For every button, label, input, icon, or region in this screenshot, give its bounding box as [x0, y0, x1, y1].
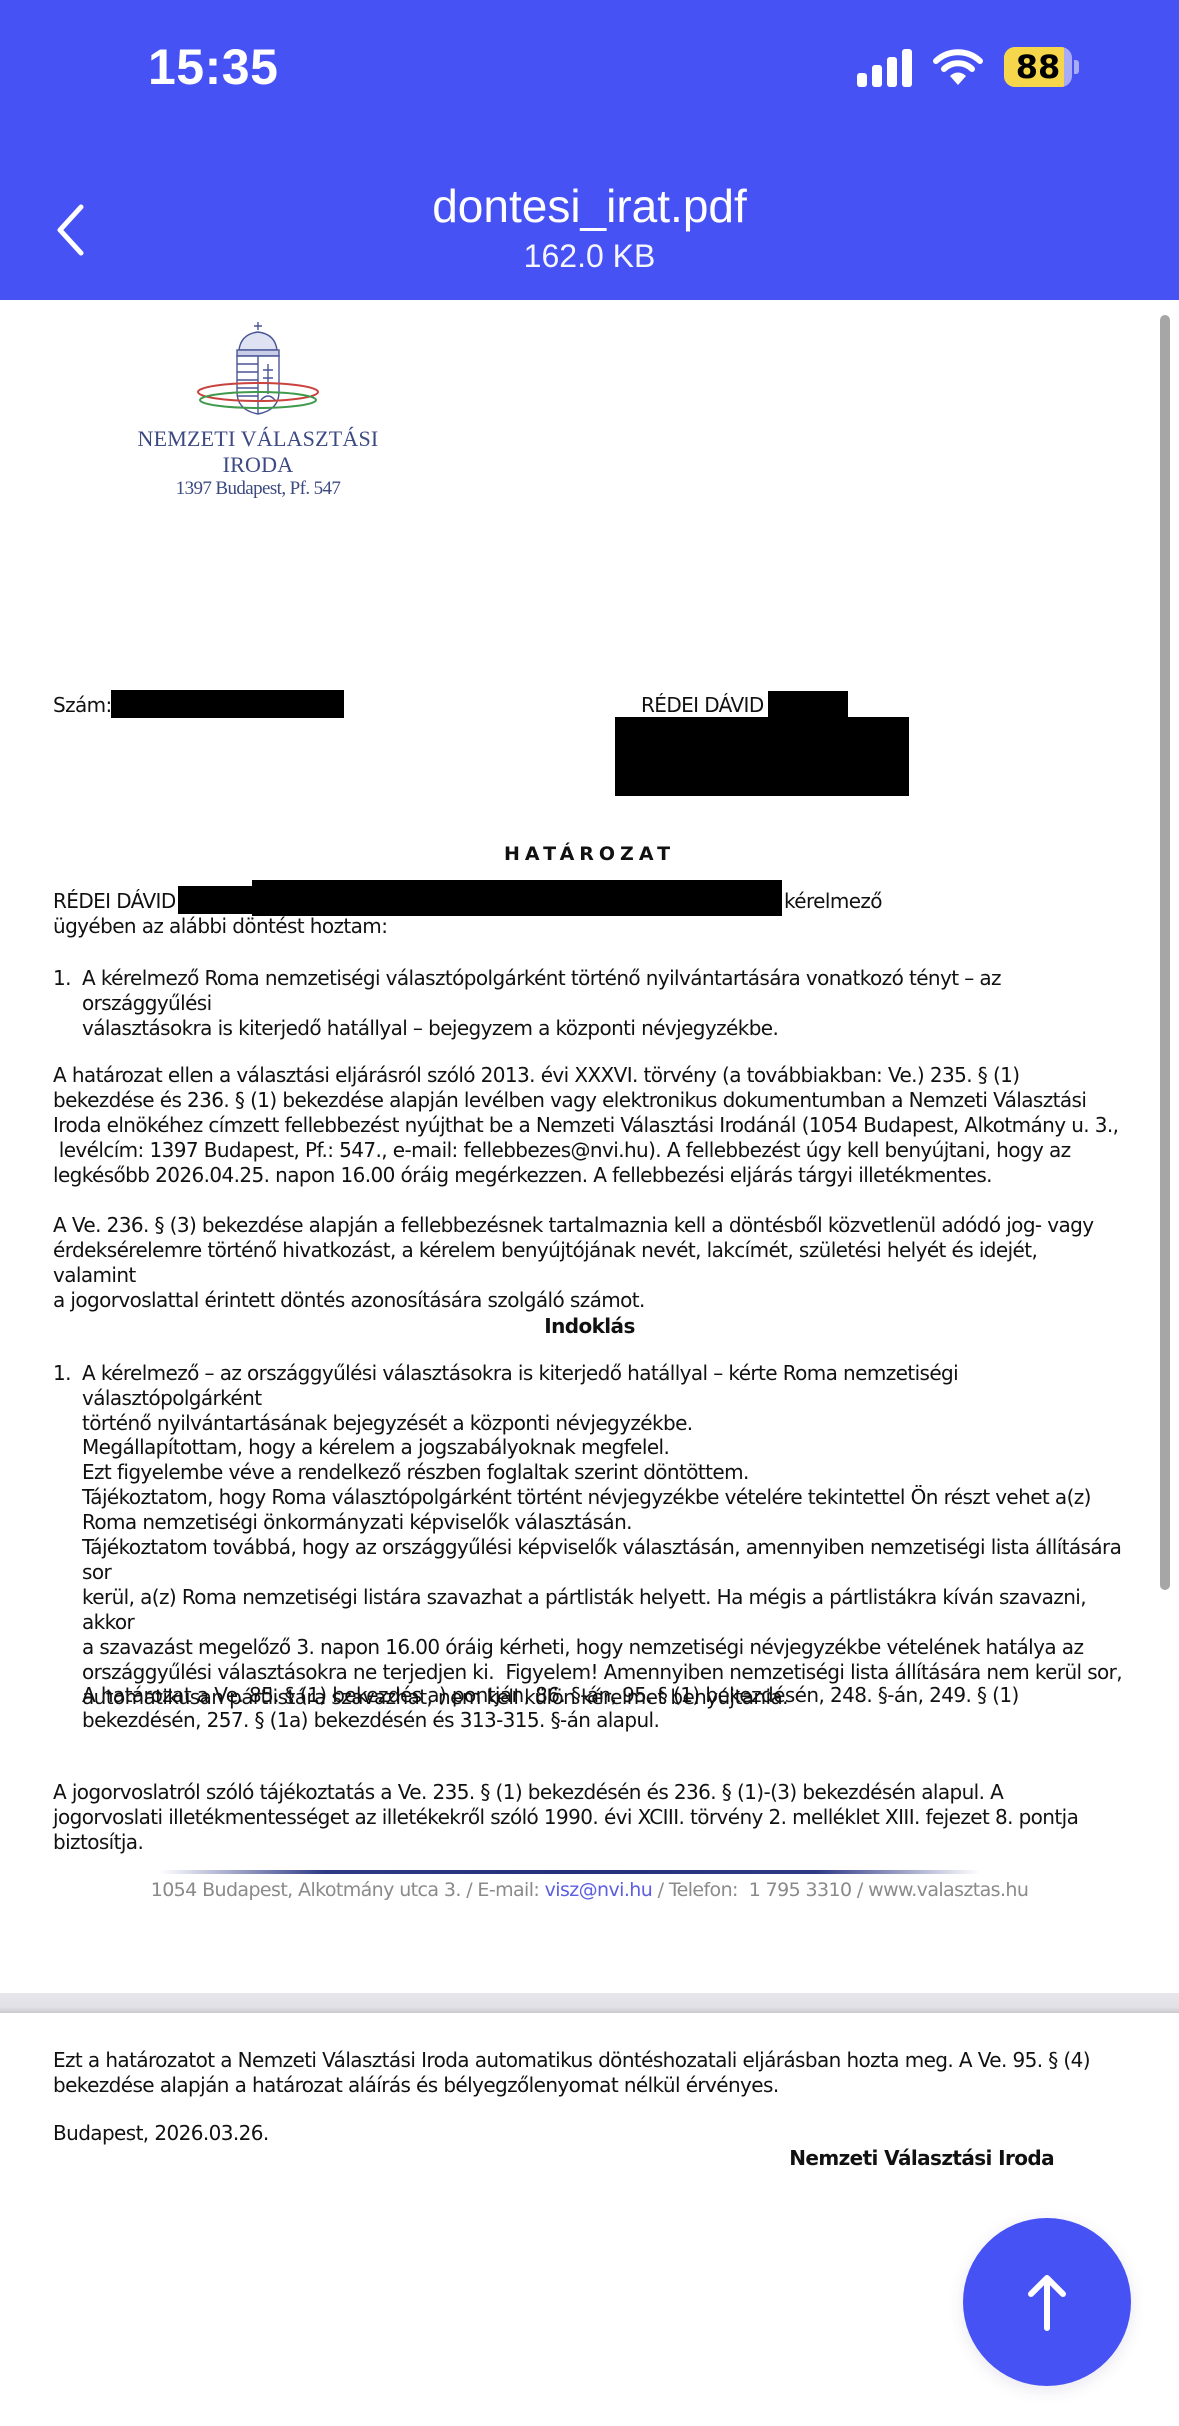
pdf-page-1: NEMZETI VÁLASZTÁSI IRODA 1397 Budapest, … — [0, 300, 1179, 1993]
arrow-up-icon — [1025, 2272, 1069, 2332]
page-separator — [0, 1993, 1179, 2013]
pdf-viewer[interactable]: NEMZETI VÁLASZTÁSI IRODA 1397 Budapest, … — [0, 300, 1179, 2426]
appeal-content-paragraph: A Ve. 236. § (3) bekezdése alapján a fel… — [53, 1213, 1123, 1313]
intro-line2: ügyében az alábbi döntést hoztam: — [53, 914, 387, 939]
battery-level: 88 — [1004, 47, 1072, 87]
legal-basis: A határozat a Ve. 85. § (1) bekezdés a) … — [82, 1683, 1122, 1733]
redacted-number — [111, 690, 344, 718]
scroll-to-top-button[interactable] — [963, 2218, 1131, 2386]
reasoning-body: Megállapítottam, hogy a kérelem a jogsza… — [82, 1435, 1122, 1710]
battery-icon: 88 — [1004, 47, 1079, 87]
decision-title: HATÁROZAT — [0, 842, 1179, 867]
intro-suffix: kérelmező — [784, 889, 882, 914]
title-block: dontesi_irat.pdf 162.0 KB — [0, 178, 1179, 276]
footer-divider — [160, 1870, 980, 1874]
cellular-signal-icon — [857, 47, 912, 87]
scrollbar[interactable] — [1160, 315, 1170, 1590]
wifi-icon — [932, 47, 984, 87]
automatic-notice: Ezt a határozatot a Nemzeti Választási I… — [53, 2048, 1123, 2098]
hungarian-coat-of-arms-icon — [193, 320, 323, 420]
recipient-name: RÉDEI DÁVID — [641, 693, 764, 718]
logo-address: 1397 Budapest, Pf. 547 — [108, 478, 408, 500]
page-footer: 1054 Budapest, Alkotmány utca 3. / E-mai… — [0, 1878, 1179, 1903]
number-label: Szám: — [53, 693, 112, 718]
appeal-paragraph: A határozat ellen a választási eljárásró… — [53, 1063, 1123, 1188]
remedy-info: A jogorvoslatról szóló tájékoztatás a Ve… — [53, 1780, 1123, 1855]
redacted-intro-b — [252, 880, 782, 916]
intro-name: RÉDEI DÁVID — [53, 889, 176, 914]
logo-org-name: NEMZETI VÁLASZTÁSI IRODA — [108, 426, 408, 478]
place-date: Budapest, 2026.03.26. — [53, 2121, 1123, 2146]
reasoning-title: Indoklás — [0, 1314, 1179, 1339]
signer: Nemzeti Választási Iroda — [789, 2146, 1054, 2171]
status-icons: 88 — [857, 44, 1079, 90]
redacted-recipient-address — [615, 717, 909, 796]
app-header: 15:35 88 dontesi_irat.pdf 162.0 KB — [0, 0, 1179, 300]
file-size: 162.0 KB — [0, 236, 1179, 276]
reasoning-item: 1. A kérelmező – az országgyűlési válasz… — [53, 1361, 1123, 1436]
footer-email-link[interactable]: visz@nvi.hu — [545, 1879, 652, 1901]
status-time: 15:35 — [148, 38, 278, 96]
file-title: dontesi_irat.pdf — [0, 178, 1179, 234]
redacted-recipient-name — [768, 691, 848, 719]
decision-item: 1. A kérelmező Roma nemzetiségi választó… — [53, 966, 1123, 1041]
redacted-intro-a — [178, 886, 253, 914]
logo: NEMZETI VÁLASZTÁSI IRODA 1397 Budapest, … — [108, 320, 408, 500]
